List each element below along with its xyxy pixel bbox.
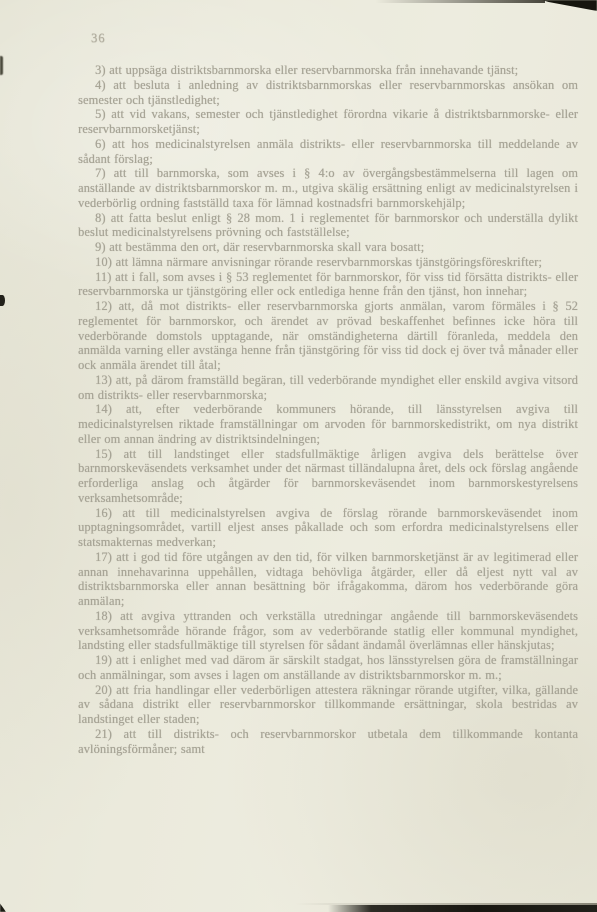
list-item-paragraph: 12) att, då mot distrikts- eller reservb… — [78, 299, 578, 373]
list-item-paragraph: 7) att till barnmorska, som avses i § 4:… — [78, 166, 578, 210]
list-item-paragraph: 17) att i god tid före utgången av den t… — [78, 550, 578, 609]
list-item-paragraph: 10) att lämna närmare anvisningar rörand… — [78, 255, 578, 270]
scan-edge-top-line — [375, 0, 545, 3]
list-item-paragraph: 3) att uppsäga distriktsbarnmorska eller… — [78, 63, 578, 78]
list-item-paragraph: 21) att till distrikts- och reservbarnmo… — [78, 727, 578, 757]
list-item-paragraph: 20) att fria handlingar eller vederbörli… — [78, 683, 578, 727]
page-number: 36 — [91, 31, 106, 46]
scan-artifact-left-spot — [0, 295, 5, 306]
list-item-paragraph: 6) att hos medicinalstyrelsen anmäla dis… — [78, 137, 578, 167]
list-item-paragraph: 15) att till landstinget eller stadsfull… — [78, 447, 578, 506]
list-item-paragraph: 13) att, på därom framställd begäran, ti… — [78, 373, 578, 403]
list-item-paragraph: 8) att fatta beslut enligt § 28 mom. 1 i… — [78, 211, 578, 241]
body-text: 3) att uppsäga distriktsbarnmorska eller… — [78, 63, 578, 756]
list-item-paragraph: 18) att avgiva yttranden och verkställa … — [78, 609, 578, 653]
list-item-paragraph: 9) att bestämma den ort, där reservbarnm… — [78, 240, 578, 255]
list-item-paragraph: 19) att i enlighet med vad därom är särs… — [78, 653, 578, 683]
scan-edge-bottom-left-corner — [0, 902, 6, 912]
scan-edge-bottom-strip — [328, 905, 597, 912]
list-item-paragraph: 16) att till medicinalstyrelsen avgiva d… — [78, 506, 578, 550]
list-item-paragraph: 5) att vid vakans, semester och tjänstle… — [78, 107, 578, 137]
list-item-paragraph: 14) att, efter vederbörande kommuners hö… — [78, 402, 578, 446]
list-item-paragraph: 4) att besluta i anledning av distriktsb… — [78, 78, 578, 108]
scan-artifact-left-dash — [0, 56, 3, 75]
scan-edge-top-right-corner — [542, 0, 597, 11]
scanned-page: 36 3) att uppsäga distriktsbarnmorska el… — [0, 0, 597, 912]
list-item-paragraph: 11) att i fall, som avses i § 53 regleme… — [78, 270, 578, 300]
